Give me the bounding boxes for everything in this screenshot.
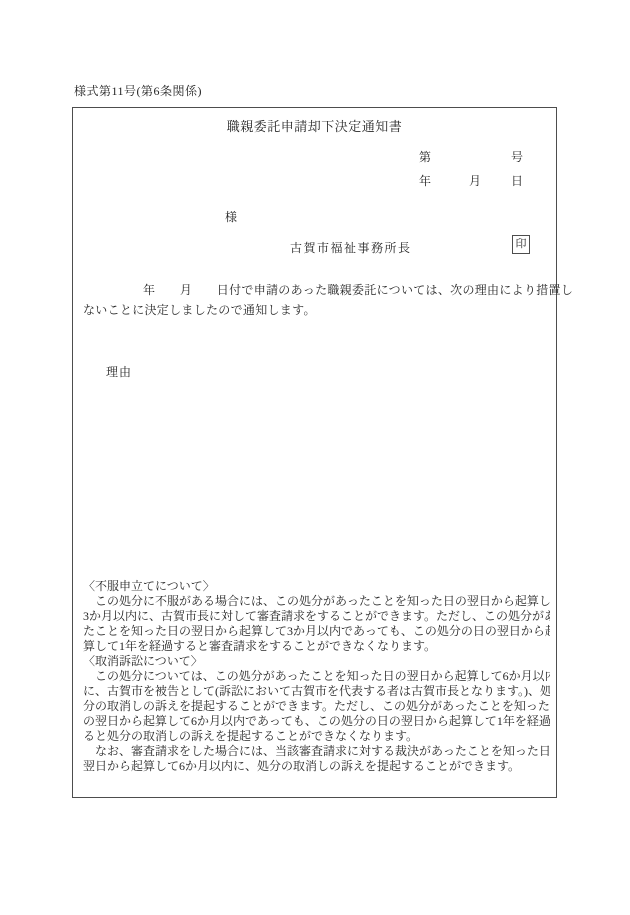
date-year-label: 年 xyxy=(419,172,431,189)
document-border-box: 職親委託申請却下決定通知書 第 号 年 月 日 様 古賀市福祉事務所長 印 年 … xyxy=(72,107,557,798)
note-line: 〈不服申立てについて〉 xyxy=(83,579,550,594)
document-title: 職親委託申請却下決定通知書 xyxy=(73,116,556,135)
appeal-notes-block: 〈不服申立てについて〉 この処分に不服がある場合には、この処分があったことを知っ… xyxy=(83,579,550,774)
notification-body-line: ないことに決定しましたので通知します。 xyxy=(83,300,547,320)
note-line: たことを知った日の翌日から起算して3か月以内であっても、この処分の日の翌日から起 xyxy=(83,624,550,639)
issuer-name: 古賀市福祉事務所長 xyxy=(290,239,412,256)
date-month-label: 月 xyxy=(469,172,481,189)
note-line: 算して1年を経過すると審査請求をすることができなくなります。 xyxy=(83,639,550,654)
note-line: 3か月以内に、古賀市長に対して審査請求をすることができます。ただし、この処分があ… xyxy=(83,609,550,624)
notification-body-line: 年 月 日付で申請のあった職親委託については、次の理由により措置し xyxy=(83,280,547,300)
date-day-label: 日 xyxy=(511,172,523,189)
note-line: の翌日から起算して6か月以内であっても、この処分の日の翌日から起算して1年を経過… xyxy=(83,714,550,729)
note-line: 分の取消しの訴えを提起することができます。ただし、この処分があったことを知った日 xyxy=(83,699,550,714)
note-line: ると処分の取消しの訴えを提起することができなくなります。 xyxy=(83,729,550,744)
note-line: この処分については、この処分があったことを知った日の翌日から起算して6か月以内 xyxy=(83,669,550,684)
document-page: 様式第11号(第6条関係) 職親委託申請却下決定通知書 第 号 年 月 日 様 … xyxy=(0,0,630,915)
form-number-label: 様式第11号(第6条関係) xyxy=(74,82,202,99)
reason-label: 理由 xyxy=(106,363,132,380)
notification-body: 年 月 日付で申請のあった職親委託については、次の理由により措置し ないことに決… xyxy=(83,280,547,320)
doc-number-suffix: 号 xyxy=(511,148,523,165)
recipient-honorific: 様 xyxy=(225,208,237,225)
note-line: この処分に不服がある場合には、この処分があったことを知った日の翌日から起算して xyxy=(83,594,550,609)
doc-number-prefix: 第 xyxy=(419,148,431,165)
seal-stamp-placeholder: 印 xyxy=(512,235,530,254)
note-line: 〈取消訴訟について〉 xyxy=(83,654,550,669)
note-line: なお、審査請求をした場合には、当該審査請求に対する裁決があったことを知った日の xyxy=(83,744,550,759)
note-line: 翌日から起算して6か月以内に、処分の取消しの訴えを提起することができます。 xyxy=(83,759,550,774)
note-line: に、古賀市を被告として(訴訟において古賀市を代表する者は古賀市長となります。)、… xyxy=(83,684,550,699)
